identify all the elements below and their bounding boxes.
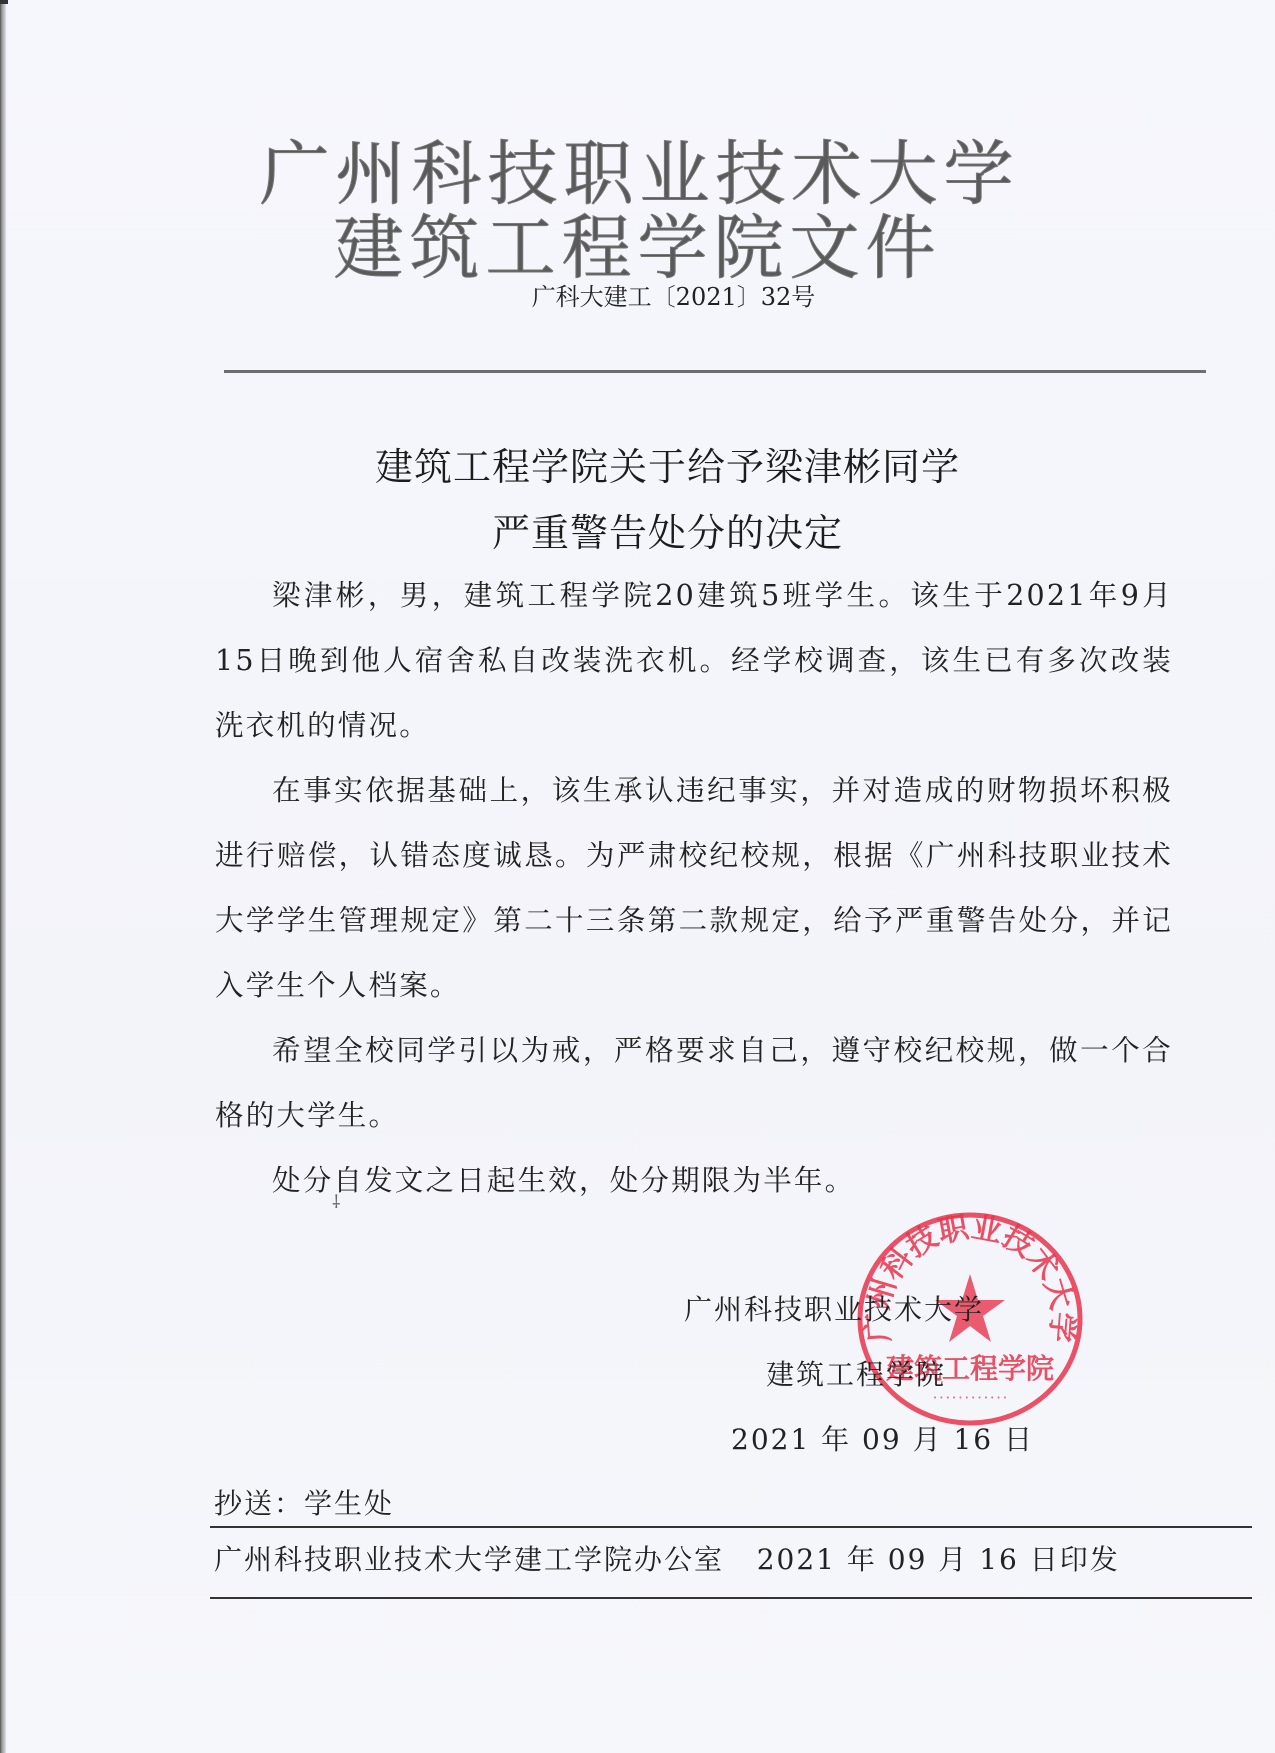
paragraph-effective-period: 处分自发文之日起生效，处分期限为半年。 [215, 1148, 1173, 1213]
footer-divider-top [210, 1526, 1252, 1528]
footer-issuer-line: 广州科技职业技术大学建工学院办公室 2021 年 09 月 16 日印发 [214, 1538, 1120, 1578]
signature-date: 2021 年 09 月 16 日 [731, 1418, 1034, 1458]
document-title-line-1: 建筑工程学院关于给予梁津彬同学 [0, 436, 1275, 491]
document-body: 梁津彬，男，建筑工程学院20建筑5班学生。该生于2021年9月15日晚到他人宿舍… [215, 563, 1173, 1213]
paragraph-exhortation: 希望全校同学引以为戒，严格要求自己，遵守校纪校规，做一个合格的大学生。 [215, 1018, 1173, 1148]
paragraph-decision: 在事实依据基础上，该生承认违纪事实，并对造成的财物损坏积极进行赔偿，认错态度诚恳… [215, 758, 1173, 1018]
header-divider [224, 370, 1206, 373]
signature-organization: 广州科技职业技术大学 [684, 1288, 984, 1328]
cc-recipients: 抄送：学生处 [214, 1482, 394, 1522]
footer-issuer: 广州科技职业技术大学建工学院办公室 [214, 1543, 724, 1576]
footer-divider-bottom [210, 1597, 1252, 1599]
document-number: 广科大建工〔2021〕32号 [0, 277, 1275, 312]
signature-department: 建筑工程学院 [766, 1353, 946, 1393]
scan-mark: ⸸ [332, 1190, 340, 1214]
paragraph-facts: 梁津彬，男，建筑工程学院20建筑5班学生。该生于2021年9月15日晚到他人宿舍… [215, 563, 1173, 758]
svg-text:• • • • • • • • • • • •: • • • • • • • • • • • • [933, 1394, 1007, 1402]
footer-issued-date: 2021 年 09 月 16 日印发 [757, 1543, 1120, 1576]
document-title-line-2: 严重警告处分的决定 [0, 502, 1275, 557]
